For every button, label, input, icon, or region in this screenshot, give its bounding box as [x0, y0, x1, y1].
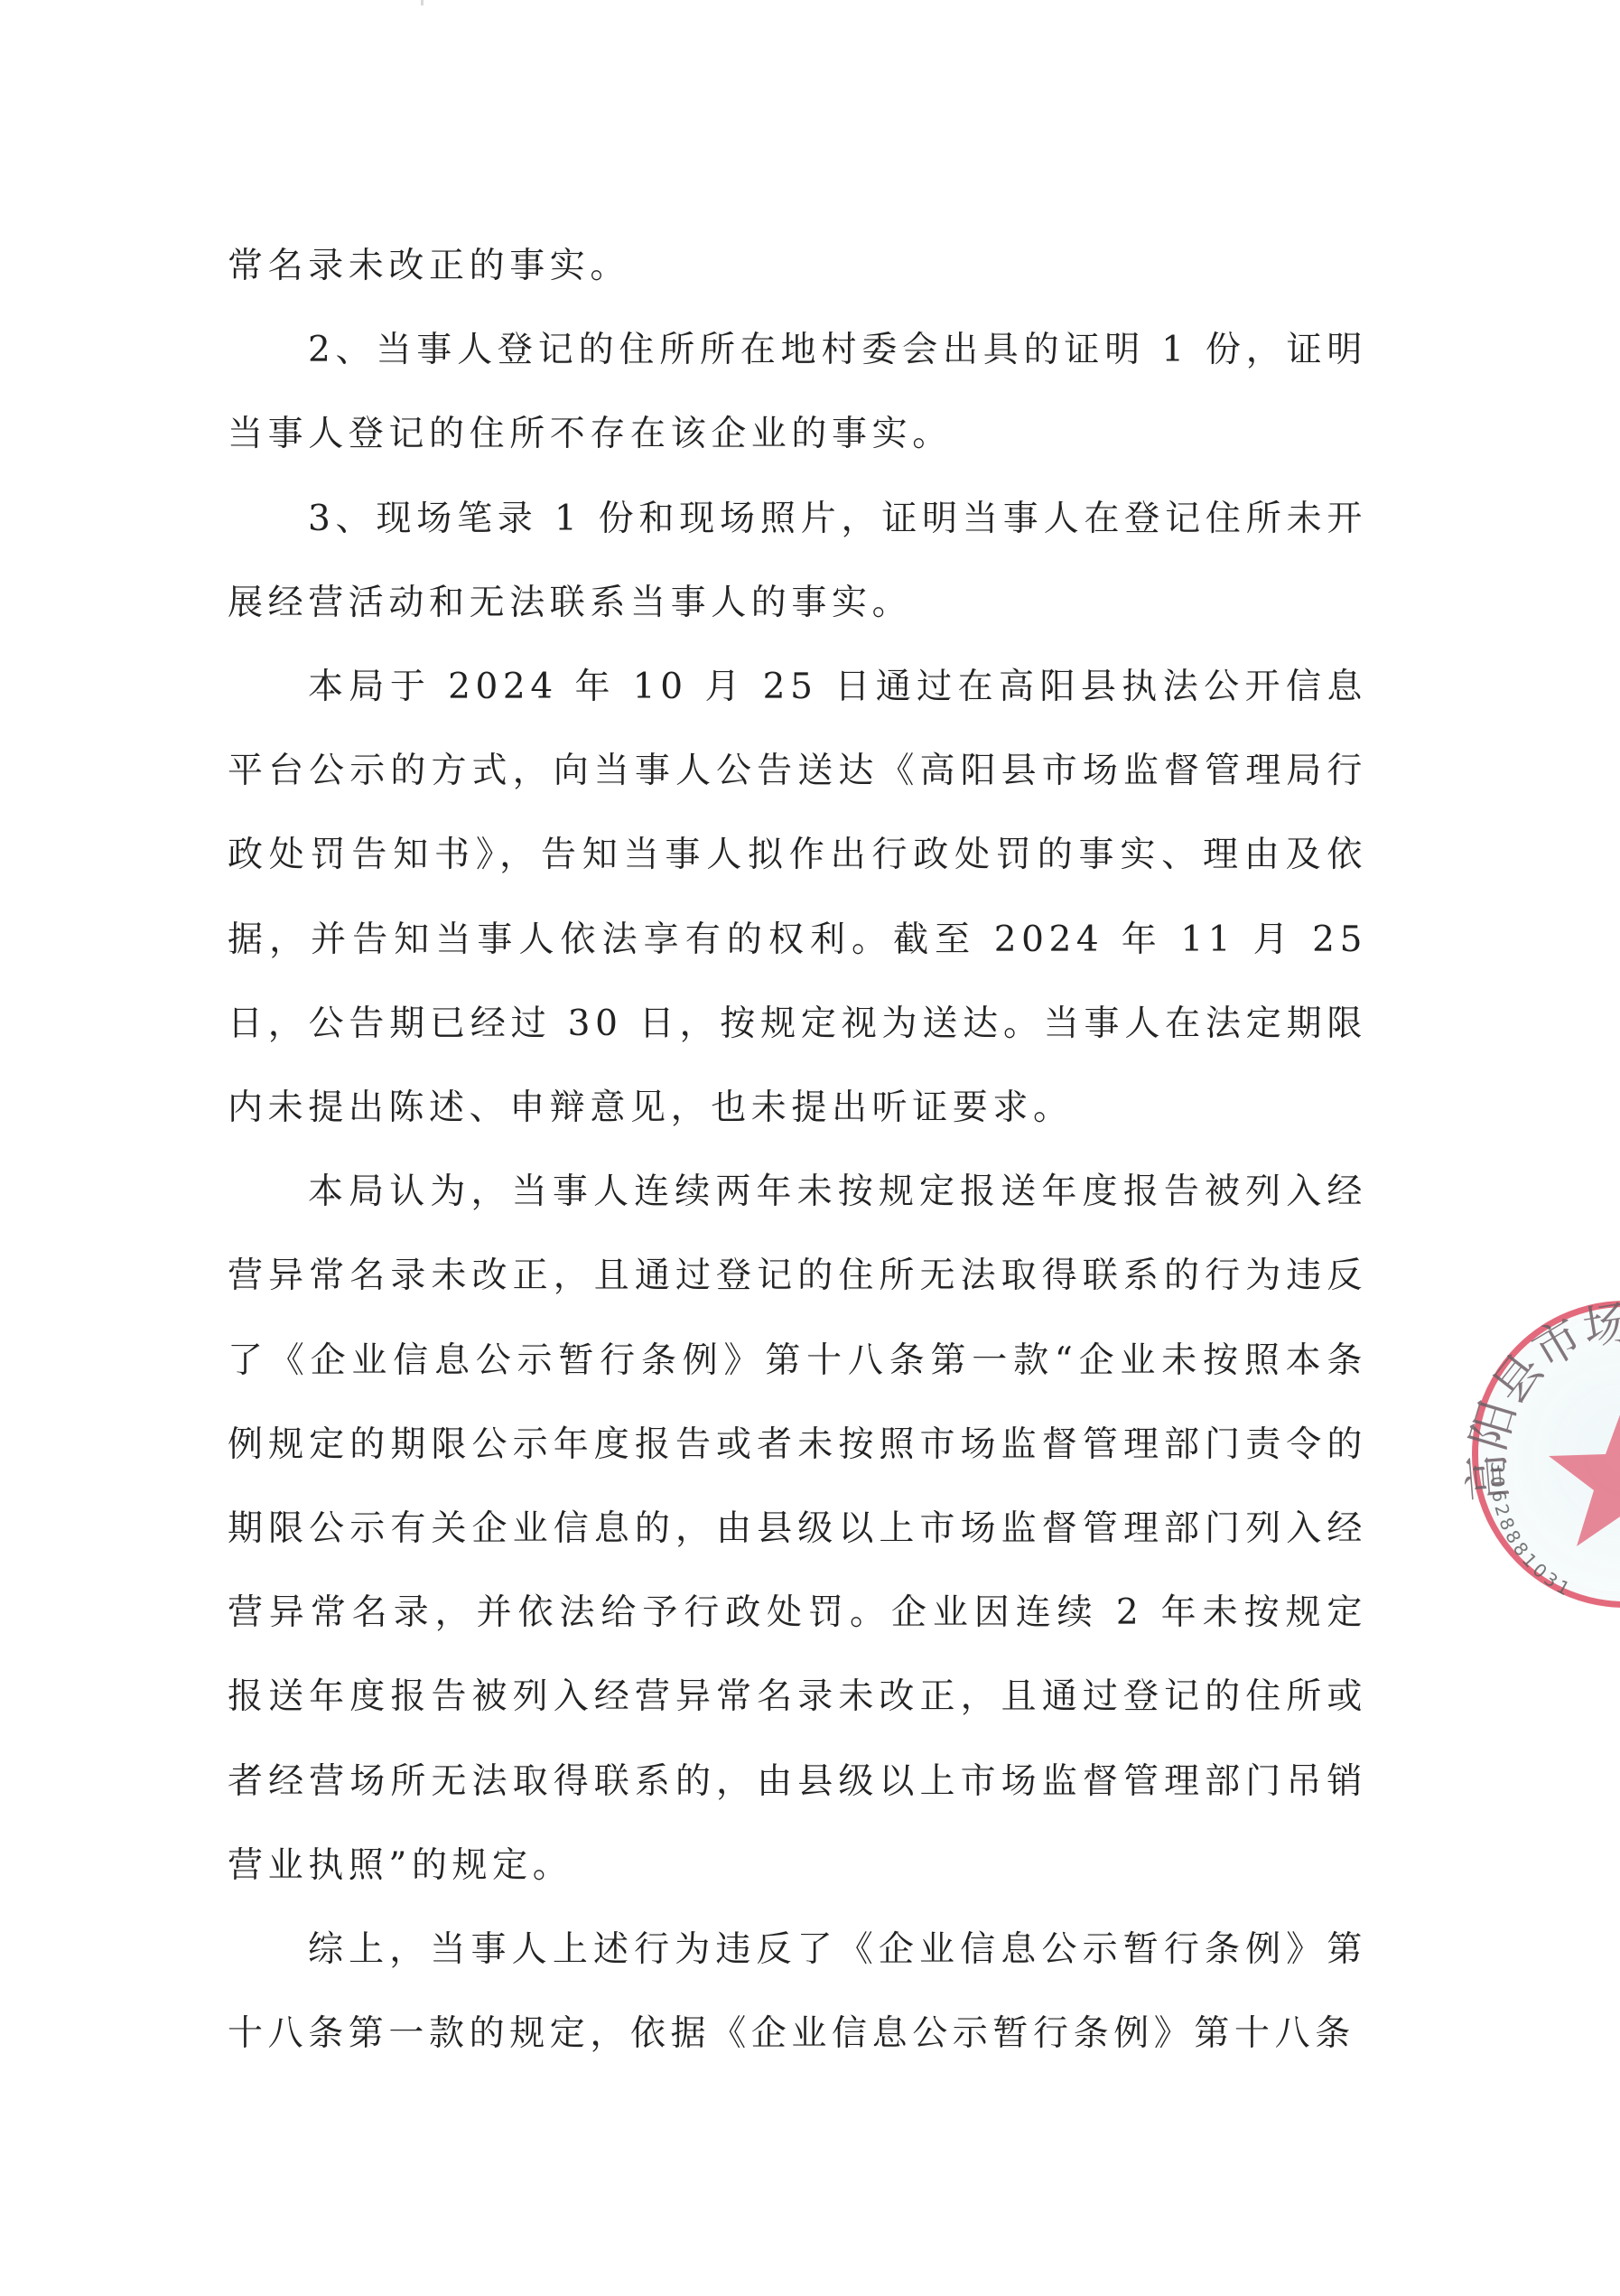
star-icon — [1549, 1400, 1620, 1546]
paragraph-evidence-2: 2、当事人登记的住所所在地村委会出具的证明 1 份，证明当事人登记的住所不存在该… — [228, 308, 1367, 476]
official-seal: 高阳县市场 30628881031 — [1472, 1301, 1620, 1608]
paragraph-evidence-3: 3、现场笔录 1 份和现场照片，证明当事人在登记住所未开展经营活动和无法联系当事… — [228, 477, 1367, 645]
paragraph-legal-finding: 本局认为，当事人连续两年未按规定报送年度报告被列入经营异常名录未改正，且通过登记… — [228, 1150, 1367, 1908]
document-page: 常名录未改正的事实。 2、当事人登记的住所所在地村委会出具的证明 1 份，证明当… — [0, 0, 1620, 2296]
document-body: 常名录未改正的事实。 2、当事人登记的住所所在地村委会出具的证明 1 份，证明当… — [228, 224, 1367, 2076]
paragraph-continuation: 常名录未改正的事实。 — [228, 224, 1367, 308]
seal-graphic: 高阳县市场 30628881031 — [1472, 1301, 1620, 1608]
paragraph-summary: 综上，当事人上述行为违反了《企业信息公示暂行条例》第十八条第一款的规定，依据《企… — [228, 1908, 1367, 2076]
seal-number-text: 30628881031 — [1486, 1461, 1577, 1601]
official-seal-clip: 高阳县市场 30628881031 — [1409, 1265, 1620, 1680]
scan-artifact — [421, 0, 424, 5]
paragraph-notice-served: 本局于 2024 年 10 月 25 日通过在高阳县执法公开信息平台公示的方式，… — [228, 645, 1367, 1150]
